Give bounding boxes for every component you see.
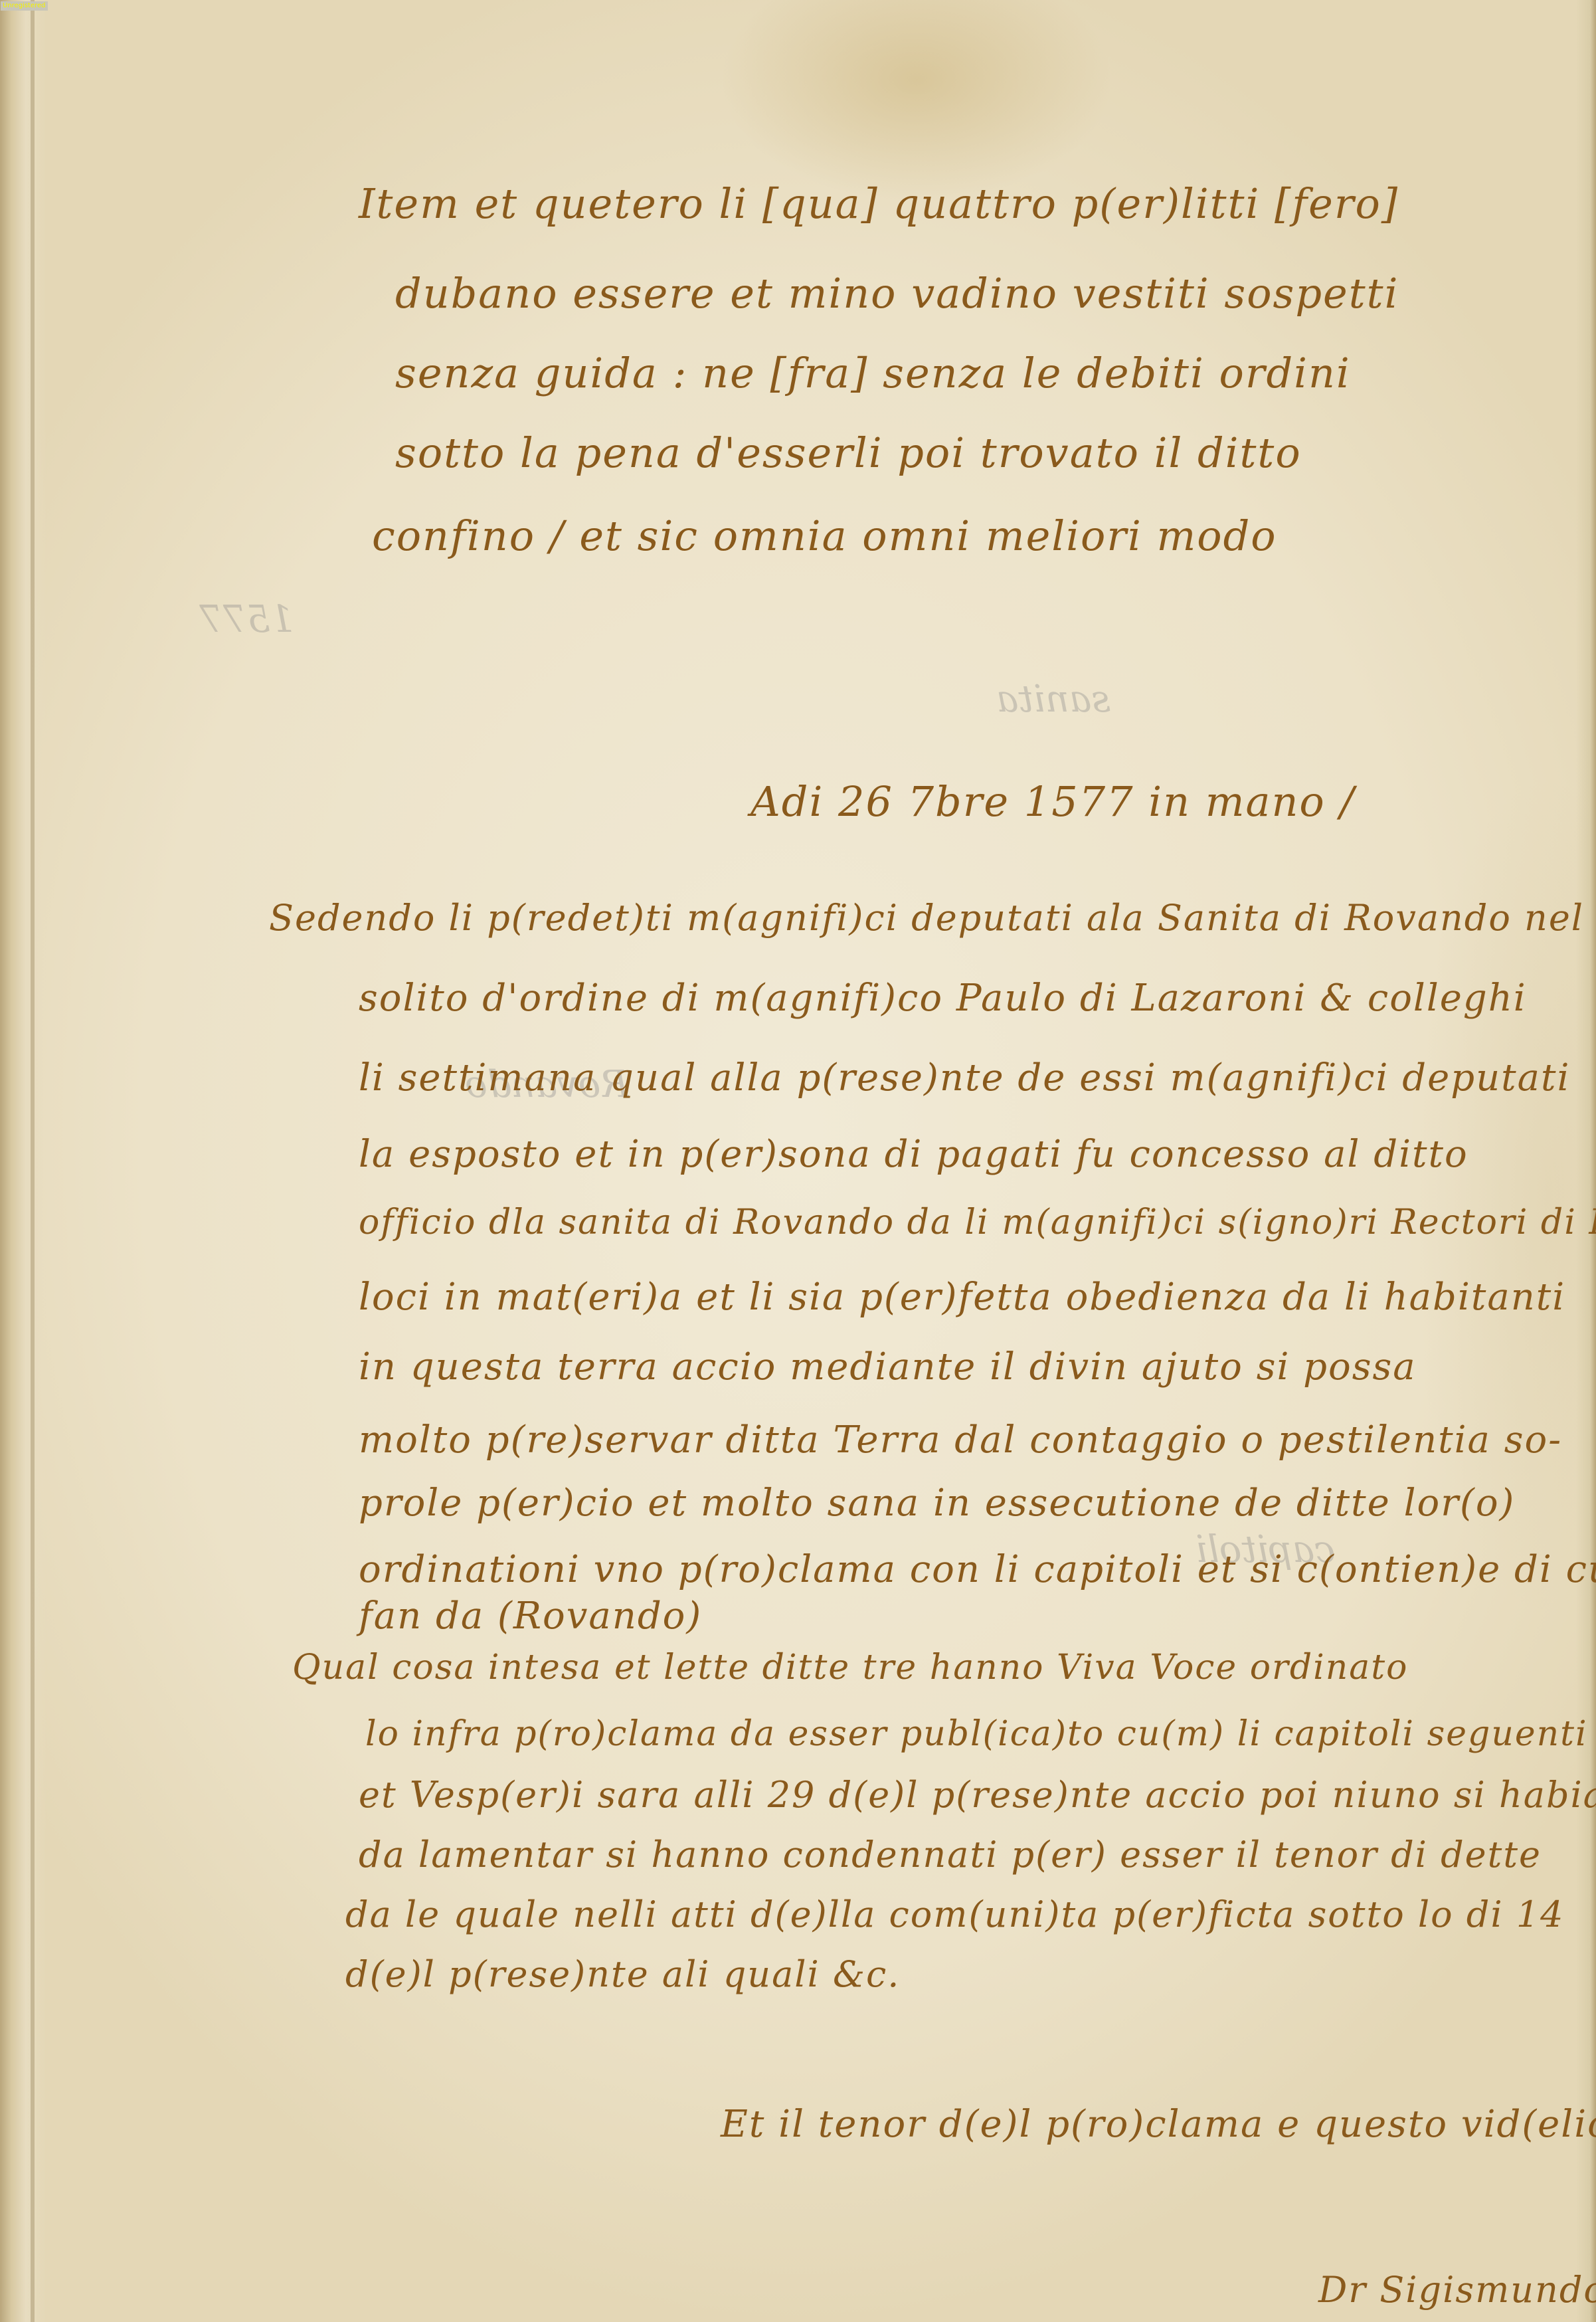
text-line: molto p(re)servar ditta Terra dal contag… (359, 1418, 1562, 1462)
text-line: in questa terra accio mediante il divin … (359, 1345, 1417, 1389)
text-line: Sedendo li p(redet)ti m(agnifi)ci deputa… (269, 897, 1596, 939)
text-line: dubano essere et mino vadino vestiti sos… (395, 269, 1399, 318)
page-right-edge (1576, 0, 1596, 2322)
text-line: Qual cosa intesa et lette ditte tre hann… (292, 1648, 1408, 1688)
showthrough-text: 1577 (199, 598, 294, 641)
text-line: li settimana qual alla p(rese)nte de ess… (359, 1056, 1570, 1100)
date-line: Adi 26 7bre 1577 in mano / (751, 777, 1355, 826)
text-line: et Vesp(er)i sara alli 29 d(e)l p(rese)n… (359, 1774, 1596, 1816)
binding-edge (0, 0, 46, 2322)
manuscript-page: Unregistered 1577 sanita Rovando capitol… (0, 0, 1596, 2322)
showthrough-text: sanita (996, 678, 1110, 721)
text-line: da le quale nelli atti d(e)lla com(uni)t… (345, 1893, 1565, 1935)
text-line: lo infra p(ro)clama da esser publ(ica)to… (365, 1714, 1596, 1754)
text-line: da lamentar si hanno condennati p(er) es… (359, 1834, 1542, 1876)
text-line: d(e)l p(rese)nte ali quali &c. (345, 1953, 900, 1995)
text-line: fan da (Rovando) (359, 1595, 702, 1638)
text-line: solito d'ordine di m(agnifi)co Paulo di … (359, 977, 1527, 1020)
text-line: officio dla sanita di Rovando da li m(ag… (359, 1203, 1596, 1242)
text-line: la esposto et in p(er)sona di pagati fu … (359, 1133, 1468, 1176)
binding-fold (31, 0, 35, 2322)
text-line: senza guida : ne [fra] senza le debiti o… (395, 349, 1351, 397)
closing-line: Et il tenor d(e)l p(ro)clama e questo vi… (721, 2103, 1596, 2146)
text-line: sotto la pena d'esserli poi trovato il d… (395, 429, 1302, 477)
text-line: confino / et sic omnia omni meliori modo (372, 512, 1277, 560)
text-line: prole p(er)cio et molto sana in essecuti… (359, 1482, 1515, 1525)
text-line: ordinationi vno p(ro)clama con li capito… (359, 1548, 1596, 1591)
unregistered-watermark: Unregistered (1, 1, 48, 11)
text-line: Item et quetero li [qua] quattro p(er)li… (359, 179, 1399, 228)
text-line: loci in mat(eri)a et li sia p(er)fetta o… (359, 1276, 1565, 1319)
signature: Dr Sigismundo (1318, 2269, 1596, 2311)
